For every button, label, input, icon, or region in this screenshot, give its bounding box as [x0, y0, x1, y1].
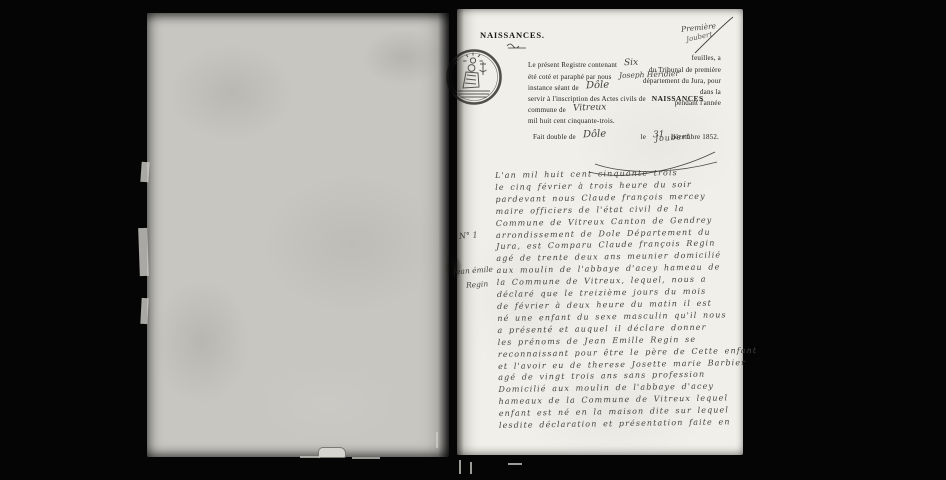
torn-edge-mark [138, 228, 149, 276]
register-right-page: NAISSANCES. Première Joubert [457, 9, 743, 455]
torn-edge-mark [140, 298, 148, 324]
preamble-line-3: instance séant de Dôle département du Ju… [528, 77, 721, 88]
bottom-speck [459, 460, 461, 474]
preamble-print: feuilles, a [692, 54, 721, 62]
scanned-register-photo: NAISSANCES. Première Joubert [0, 0, 946, 480]
torn-edge-mark [140, 162, 149, 183]
official-seal-icon [444, 47, 504, 107]
bottom-speck [436, 432, 438, 448]
dateline-print: Fait double de [533, 133, 576, 141]
page-title: NAISSANCES. [480, 30, 545, 40]
bottom-speck [300, 456, 320, 458]
dateline-handwritten-city: Dôle [583, 129, 607, 141]
preamble-print: du Tribunal de première [649, 66, 721, 74]
preamble-print: pendant l'année [675, 99, 721, 107]
preamble-print: dans la [700, 88, 721, 96]
act-number-margin: N° 1 [459, 230, 478, 241]
preamble-line-5: commune de Vitreux pendant l'année [528, 99, 721, 110]
header-flourish-icon [506, 42, 530, 50]
birth-act-text: L'an mil huit cent cinquante troisle cin… [495, 166, 749, 432]
act-line: lesdite déclaration et présentation fait… [499, 416, 749, 432]
bottom-speck [470, 462, 472, 474]
preamble-line-2: été coté et paraphé par nous Joseph Héri… [528, 66, 721, 77]
dateline: Fait double de Dôle le 31 décembre 1852. [533, 126, 719, 138]
bottom-speck [352, 457, 380, 459]
bottom-speck [508, 463, 522, 465]
preamble-print: département du Jura, pour [643, 77, 721, 85]
preamble-line-6: mil huit cent cinquante-trois. [528, 110, 721, 121]
blank-left-page [147, 13, 449, 457]
dateline-print: le [641, 133, 646, 141]
act-name-margin-line1: Jean émile [453, 265, 493, 277]
preamble-line-4: servir à l'inscription des Actes civils … [528, 88, 721, 99]
folio-flourish-icon [693, 15, 735, 57]
preamble-print: mil huit cent cinquante-trois. [528, 117, 615, 125]
act-name-margin-line2: Regin [466, 279, 489, 290]
preamble-line-1: Le présent Registre contenant Six feuill… [528, 54, 721, 65]
paper-sliver [318, 447, 346, 458]
